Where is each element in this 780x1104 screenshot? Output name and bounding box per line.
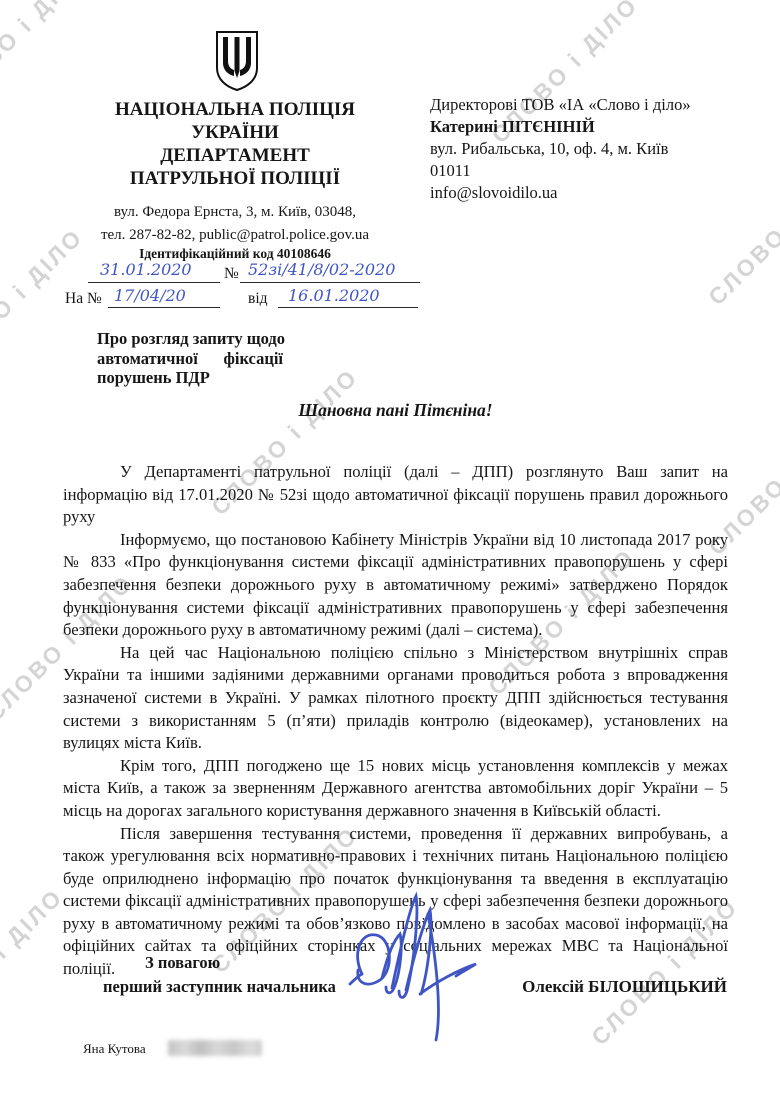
handwritten-signature	[348, 888, 518, 1048]
watermark-text: СЛОВО і ДІЛО	[0, 0, 94, 114]
recipient-email: info@slovoidilo.ua	[430, 182, 750, 204]
org-address-line: вул. Федора Ернста, 3, м. Київ, 03048,	[40, 201, 430, 224]
vid-label: від	[248, 290, 268, 308]
number-sign-label: №	[224, 265, 239, 283]
recipient-title: Директорові ТОВ «ІА «Слово і діло»	[430, 94, 750, 116]
signer-position: перший заступник начальника	[103, 977, 336, 997]
org-name-line: НАЦІОНАЛЬНА ПОЛІЦІЯ	[40, 98, 430, 121]
subject-line: Про розгляд запиту щодо	[97, 329, 283, 349]
recipient-address: вул. Рибальська, 10, оф. 4, м. Київ	[430, 138, 750, 160]
incoming-number-handwritten: 17/04/20	[114, 286, 186, 305]
subject-word: автоматичної	[97, 349, 198, 369]
subject-block: Про розгляд запиту щодо автоматичної фік…	[97, 329, 283, 388]
body-paragraph: На цей час Національною поліцією спільно…	[63, 642, 728, 755]
signer-name: Олексій БІЛОШИЦЬКИЙ	[522, 977, 727, 997]
incoming-date-handwritten: 16.01.2020	[288, 286, 380, 305]
reference-row-incoming: На № 17/04/20 від 16.01.2020	[0, 284, 780, 312]
org-address-block: вул. Федора Ернста, 3, м. Київ, 03048, т…	[40, 201, 430, 246]
body-paragraph: Крім того, ДПП погоджено ще 15 нових міс…	[63, 755, 728, 823]
reference-row-outgoing: 31.01.2020 № 52зі/41/8/02-2020	[0, 258, 780, 286]
org-name-line: ДЕПАРТАМЕНТ	[40, 144, 430, 167]
body-paragraph: Інформуємо, що постановою Кабінету Мініс…	[63, 529, 728, 642]
recipient-name: Катерині ПІТЄНІНІЙ	[430, 116, 750, 138]
org-name-line: ПАТРУЛЬНОЇ ПОЛІЦІЇ	[40, 167, 430, 190]
outgoing-number-handwritten: 52зі/41/8/02-2020	[248, 260, 395, 279]
recipient-block: Директорові ТОВ «ІА «Слово і діло» Катер…	[430, 94, 750, 204]
salutation: Шановна пані Пітєніна!	[63, 400, 728, 421]
outgoing-date-handwritten: 31.01.2020	[100, 260, 192, 279]
recipient-postal-code: 01011	[430, 160, 750, 182]
redacted-contact-blur	[168, 1040, 262, 1056]
closing-regards: З повагою	[145, 953, 220, 973]
ukraine-trident-emblem-icon	[214, 30, 260, 92]
na-no-label: На №	[65, 290, 102, 308]
org-name-block: НАЦІОНАЛЬНА ПОЛІЦІЯ УКРАЇНИ ДЕПАРТАМЕНТ …	[40, 98, 430, 190]
scanned-letter-page: СЛОВО і ДІЛО СЛОВО і ДІЛО СЛОВО і ДІЛО С…	[0, 0, 780, 1104]
executor-name: Яна Кутова	[83, 1041, 146, 1057]
org-name-line: УКРАЇНИ	[40, 121, 430, 144]
subject-line: автоматичної фіксації	[97, 349, 283, 369]
subject-line: порушень ПДР	[97, 368, 283, 388]
watermark-text: СЛОВО і ДІЛО	[0, 883, 69, 1041]
body-paragraph: У Департаменті патрульної поліції (далі …	[63, 461, 728, 529]
subject-word: фіксації	[223, 349, 283, 369]
org-contact-line: тел. 287-82-82, public@patrol.police.gov…	[40, 224, 430, 247]
